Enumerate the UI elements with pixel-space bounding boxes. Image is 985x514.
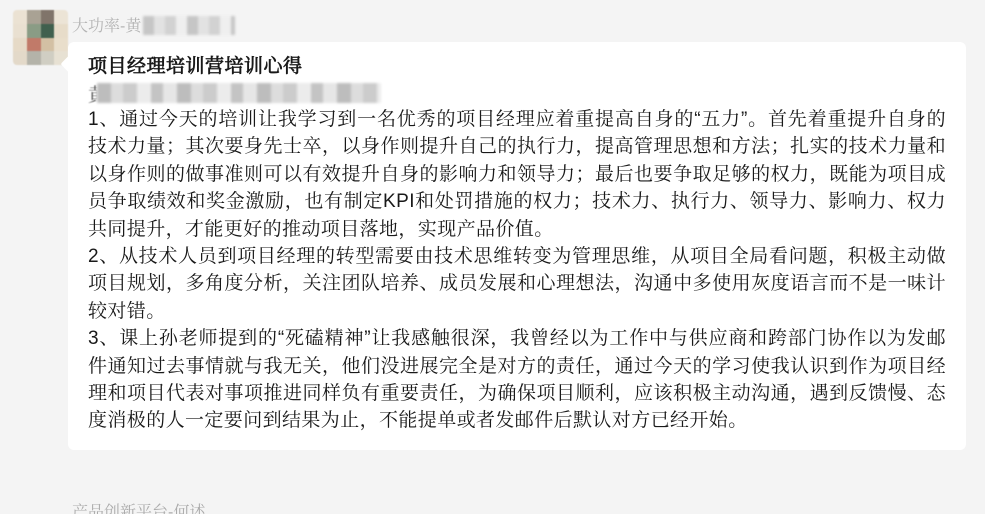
author-partial-char: 黄 <box>88 80 97 107</box>
message-body: 1、通过今天的培训让我学习到一名优秀的项目经理应着重提高自身的“五力”。首先着重… <box>88 106 946 435</box>
sender-name-visible: 大功率-黄 <box>72 13 141 36</box>
author-redaction-blur <box>97 83 381 103</box>
message-title: 项目经理培训营培训心得 <box>88 53 946 80</box>
sender-avatar[interactable] <box>13 10 68 65</box>
message-bubble[interactable]: 项目经理培训营培训心得 黄 1、通过今天的培训让我学习到一名优秀的项目经理应着重… <box>68 42 966 450</box>
sender-name: 大功率-黄 <box>72 13 235 35</box>
author-line: 黄 <box>88 80 946 106</box>
next-sender-name-partial: 产品创新平台-何述 <box>72 499 205 514</box>
paragraph-2: 2、从技术人员到项目经理的转型需要由技术思维转变为管理思维，从项目全局看问题，积… <box>88 243 946 325</box>
paragraph-1: 1、通过今天的培训让我学习到一名优秀的项目经理应着重提高自身的“五力”。首先着重… <box>88 106 946 243</box>
paragraph-3: 3、课上孙老师提到的“死磕精神”让我感触很深，我曾经以为工作中与供应商和跨部门协… <box>88 325 946 435</box>
sender-name-redaction-blur <box>143 16 235 35</box>
